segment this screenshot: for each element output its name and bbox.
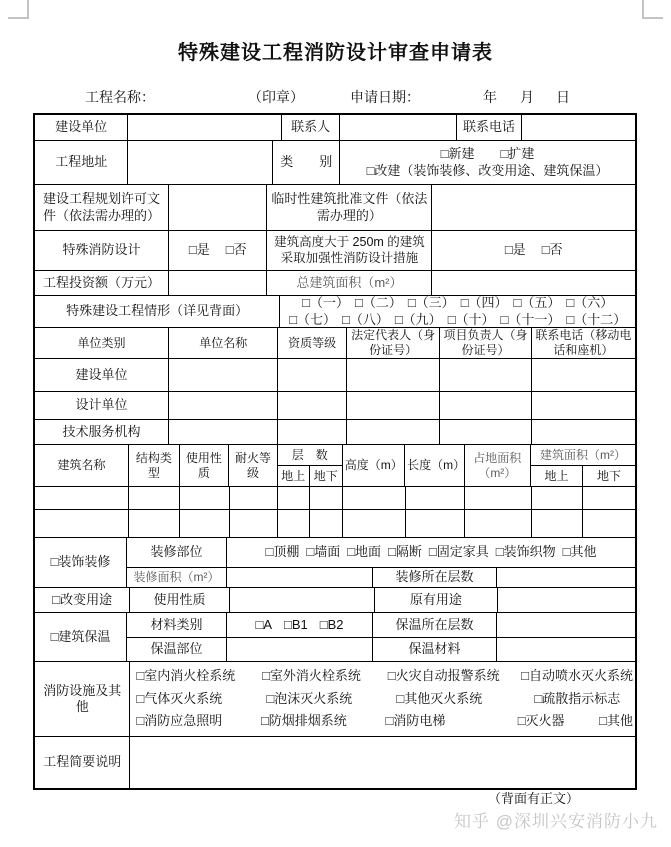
- checkbox-situation-12[interactable]: □（十二）: [566, 312, 626, 328]
- checkbox-material-b2[interactable]: □B2: [320, 617, 344, 633]
- checkbox-situation-3[interactable]: □（三）: [408, 296, 455, 312]
- checkbox-evacuation-signs[interactable]: □疏散指示标志: [534, 691, 620, 707]
- insulation-material-input[interactable]: [497, 638, 635, 662]
- floors-above-input[interactable]: [278, 510, 310, 538]
- footprint-input[interactable]: [465, 510, 532, 538]
- decoration-area-input[interactable]: [227, 568, 373, 588]
- category-label: 类 别: [273, 141, 340, 185]
- unit-name-input[interactable]: [169, 420, 278, 445]
- investment-input[interactable]: [169, 271, 267, 296]
- length-input[interactable]: [406, 510, 466, 538]
- checkbox-no[interactable]: □否: [542, 242, 563, 258]
- checkbox-fixed-furniture[interactable]: □固定家具: [429, 544, 489, 560]
- floors-above-header: 地上: [278, 466, 310, 487]
- back-side-note: （背面有正文）: [33, 788, 637, 807]
- checkbox-situation-7[interactable]: □（七）: [289, 312, 336, 328]
- floor-area-above-input[interactable]: [532, 487, 584, 510]
- checkbox-ceiling[interactable]: □顶棚: [265, 544, 299, 560]
- form-headline: 工程名称： （印章） 申请日期： 年 月 日: [33, 87, 637, 107]
- contact-phone-label: 联系电话: [457, 115, 522, 141]
- checkbox-fire-alarm[interactable]: □火灾自动报警系统: [388, 668, 521, 684]
- project-address-label: 工程地址: [35, 141, 128, 185]
- floors-below-input[interactable]: [310, 510, 343, 538]
- checkbox-fire-extinguisher[interactable]: □灭火器: [518, 713, 599, 729]
- checkbox-material-b1[interactable]: □B1: [284, 617, 308, 633]
- usage-nature-input[interactable]: [180, 510, 230, 538]
- footprint-input[interactable]: [465, 487, 532, 510]
- special-fire-design-label: 特殊消防设计: [35, 231, 169, 271]
- unit-name-input[interactable]: [169, 392, 278, 420]
- qualification-input[interactable]: [278, 392, 347, 420]
- checkbox-wall[interactable]: □墙面: [306, 544, 340, 560]
- floor-area-below-input[interactable]: [583, 510, 635, 538]
- building-name-input[interactable]: [35, 510, 129, 538]
- qualification-header: 资质等级: [278, 328, 347, 359]
- floors-above-input[interactable]: [278, 487, 310, 510]
- height-input[interactable]: [343, 487, 406, 510]
- checkbox-yes[interactable]: □是: [189, 242, 210, 258]
- year-label: 年: [483, 87, 497, 107]
- unit-type-header: 单位类别: [35, 328, 169, 359]
- page-corner-mark: [642, 0, 663, 19]
- checkbox-situation-10[interactable]: □（十）: [448, 312, 495, 328]
- insulation-floors-input[interactable]: [497, 613, 635, 638]
- insulation-part-input[interactable]: [227, 638, 373, 662]
- construction-unit-label: 建设单位: [35, 115, 128, 141]
- floor-area-above-input[interactable]: [532, 510, 584, 538]
- unit-phone-input[interactable]: [532, 420, 635, 445]
- fire-facilities-options: □室内消火栓系统 □室外消火栓系统 □火灾自动报警系统 □自动喷水灭火系统 □气…: [130, 662, 635, 737]
- project-name-label: 工程名称：: [85, 87, 155, 107]
- length-header: 长度（m）: [405, 445, 464, 487]
- material-type-options: □A □B1 □B2: [227, 613, 373, 638]
- checkbox-situation-6[interactable]: □（六）: [566, 296, 613, 312]
- unit-name-input[interactable]: [169, 359, 278, 392]
- checkbox-situation-8[interactable]: □（八）: [342, 312, 389, 328]
- month-label: 月: [520, 87, 534, 107]
- use-nature-label: 使用性质: [130, 588, 229, 613]
- floors-below-input[interactable]: [310, 487, 343, 510]
- checkbox-other-extinguishing[interactable]: □其他灭火系统: [396, 691, 534, 707]
- checkbox-situation-4[interactable]: □（四）: [461, 296, 508, 312]
- usage-nature-input[interactable]: [180, 487, 230, 510]
- checkbox-gas-extinguishing[interactable]: □气体灭火系统: [136, 691, 266, 707]
- unit-row-label: 技术服务机构: [35, 420, 169, 445]
- original-use-input[interactable]: [498, 588, 635, 613]
- checkbox-partition[interactable]: □隔断: [388, 544, 422, 560]
- project-summary-input[interactable]: [130, 737, 635, 788]
- decoration-floors-input[interactable]: [497, 568, 635, 588]
- checkbox-material-a[interactable]: □A: [255, 617, 272, 633]
- checkbox-situation-2[interactable]: □（二）: [355, 296, 402, 312]
- building-name-header: 建筑名称: [35, 445, 129, 487]
- construction-unit-input[interactable]: [128, 115, 282, 141]
- project-address-input[interactable]: [128, 141, 273, 185]
- project-leader-input[interactable]: [440, 392, 531, 420]
- decoration-floors-label: 装修所在层数: [373, 568, 497, 588]
- decoration-area-label: 装修面积（m²）: [127, 568, 227, 588]
- height-header: 高度（m）: [343, 445, 405, 487]
- legal-representative-input[interactable]: [347, 392, 440, 420]
- structure-type-header: 结构类型: [129, 445, 180, 487]
- structure-type-input[interactable]: [129, 487, 180, 510]
- unit-phone-header: 联系电话（移动电话和座机）: [532, 328, 635, 359]
- special-situation-label: 特殊建设工程情形（详见背面）: [35, 296, 280, 328]
- unit-row-label: 建设单位: [35, 359, 169, 392]
- investment-label: 工程投资额（万元）: [35, 271, 169, 296]
- checkbox-situation-9[interactable]: □（九）: [395, 312, 442, 328]
- unit-phone-input[interactable]: [532, 359, 635, 392]
- checkbox-smoke-control[interactable]: □防烟排烟系统: [261, 713, 386, 729]
- legal-representative-input[interactable]: [347, 420, 440, 445]
- unit-phone-input[interactable]: [532, 392, 635, 420]
- checkbox-reconstruction[interactable]: □改建（装饰装修、改变用途、建筑保温）: [367, 163, 609, 179]
- special-situation-options: □（一） □（二） □（三） □（四） □（五） □（六） □（七） □（八） …: [280, 296, 635, 328]
- structure-type-input[interactable]: [129, 510, 180, 538]
- checkbox-yes[interactable]: □是: [505, 242, 526, 258]
- checkbox-floor[interactable]: □地面: [347, 544, 381, 560]
- checkbox-facility-other[interactable]: □其他: [599, 713, 633, 729]
- planning-permit-label: 建设工程规划许可文件（依法需办理的）: [35, 185, 169, 231]
- insulation-material-label: 保温材料: [373, 638, 497, 662]
- checkbox-situation-11[interactable]: □（十一）: [501, 312, 561, 328]
- checkbox-sprinkler[interactable]: □自动喷水灭火系统: [521, 668, 633, 684]
- apply-date-label: 申请日期：: [350, 87, 420, 107]
- insulation-part-label: 保温部位: [127, 638, 227, 662]
- fire-rating-input[interactable]: [230, 487, 279, 510]
- usage-nature-header: 使用性质: [180, 445, 230, 487]
- temporary-approval-label: 临时性建筑批准文件（依法需办理的）: [267, 185, 432, 231]
- contact-person-label: 联系人: [282, 115, 340, 141]
- total-area-input[interactable]: [432, 271, 635, 296]
- qualification-input[interactable]: [278, 420, 347, 445]
- floor-area-header: 建筑面积（m²）: [531, 445, 635, 466]
- project-leader-input[interactable]: [440, 420, 531, 445]
- checkbox-situation-5[interactable]: □（五）: [514, 296, 561, 312]
- project-leader-input[interactable]: [440, 359, 531, 392]
- temporary-approval-input[interactable]: [432, 185, 635, 231]
- fire-rating-header: 耐火等级: [229, 445, 278, 487]
- category-options: □新建 □扩建 □改建（装饰装修、改变用途、建筑保温）: [340, 141, 635, 185]
- checkbox-decorative-fabric[interactable]: □装饰织物: [496, 544, 556, 560]
- decoration-part-options: □顶棚 □墙面 □地面 □隔断 □固定家具 □装饰织物 □其他: [227, 538, 635, 568]
- checkbox-emergency-lighting[interactable]: □消防应急照明: [136, 713, 261, 729]
- material-type-label: 材料类别: [127, 613, 227, 638]
- checkbox-new-construction[interactable]: □新建: [441, 146, 475, 162]
- legal-representative-header: 法定代表人（身份证号）: [347, 328, 440, 359]
- special-fire-design-options: □是 □否: [169, 231, 267, 271]
- project-summary-label: 工程简要说明: [35, 737, 130, 788]
- project-leader-header: 项目负责人（身份证号）: [440, 328, 531, 359]
- checkbox-change-use[interactable]: □改变用途: [35, 588, 130, 613]
- legal-representative-input[interactable]: [347, 359, 440, 392]
- checkbox-expansion[interactable]: □扩建: [501, 146, 535, 162]
- checkbox-situation-1[interactable]: □（一）: [302, 296, 349, 312]
- height-over-250-options: □是 □否: [432, 231, 635, 271]
- contact-phone-input[interactable]: [522, 115, 635, 141]
- floor-area-above-header: 地上: [531, 466, 583, 487]
- checkbox-fire-elevator[interactable]: □消防电梯: [385, 713, 517, 729]
- original-use-label: 原有用途: [375, 588, 498, 613]
- fire-facilities-label: 消防设施及其他: [35, 662, 130, 737]
- day-label: 日: [556, 87, 570, 107]
- footprint-header: 占地面积（m²）: [465, 445, 531, 487]
- total-area-label: 总建筑面积（m²）: [267, 271, 432, 296]
- floors-header: 层 数: [278, 445, 343, 466]
- qualification-input[interactable]: [278, 359, 347, 392]
- height-input[interactable]: [343, 510, 406, 538]
- checkbox-outdoor-hydrant[interactable]: □室外消火栓系统: [262, 668, 388, 684]
- checkbox-decoration[interactable]: □装饰装修: [35, 538, 127, 588]
- floors-below-header: 地下: [310, 466, 343, 487]
- checkbox-no[interactable]: □否: [226, 242, 247, 258]
- floor-area-below-header: 地下: [583, 466, 635, 487]
- height-over-250-label: 建筑高度大于 250m 的建筑采取加强性消防设计措施: [267, 231, 432, 271]
- checkbox-indoor-hydrant[interactable]: □室内消火栓系统: [136, 668, 262, 684]
- building-name-input[interactable]: [35, 487, 129, 510]
- page-title: 特殊建设工程消防设计审查申请表: [0, 36, 671, 65]
- decoration-part-label: 装修部位: [127, 538, 227, 568]
- unit-row-label: 设计单位: [35, 392, 169, 420]
- contact-person-input[interactable]: [340, 115, 457, 141]
- seal-label: （印章）: [248, 87, 304, 107]
- fire-rating-input[interactable]: [230, 510, 279, 538]
- watermark-text: 知乎 @深圳兴安消防小九: [454, 807, 658, 832]
- checkbox-foam-extinguishing[interactable]: □泡沫灭火系统: [266, 691, 396, 707]
- checkbox-insulation[interactable]: □建筑保温: [35, 613, 127, 662]
- page-corner-mark: [8, 0, 29, 19]
- checkbox-other[interactable]: □其他: [563, 544, 597, 560]
- use-nature-input[interactable]: [230, 588, 375, 613]
- application-form-table: 建设单位 联系人 联系电话 工程地址 类 别 □新建 □扩建 □改建（装饰装修、…: [33, 113, 637, 790]
- unit-name-header: 单位名称: [169, 328, 278, 359]
- planning-permit-input[interactable]: [169, 185, 267, 231]
- insulation-floors-label: 保温所在层数: [373, 613, 497, 638]
- floor-area-below-input[interactable]: [583, 487, 635, 510]
- length-input[interactable]: [406, 487, 466, 510]
